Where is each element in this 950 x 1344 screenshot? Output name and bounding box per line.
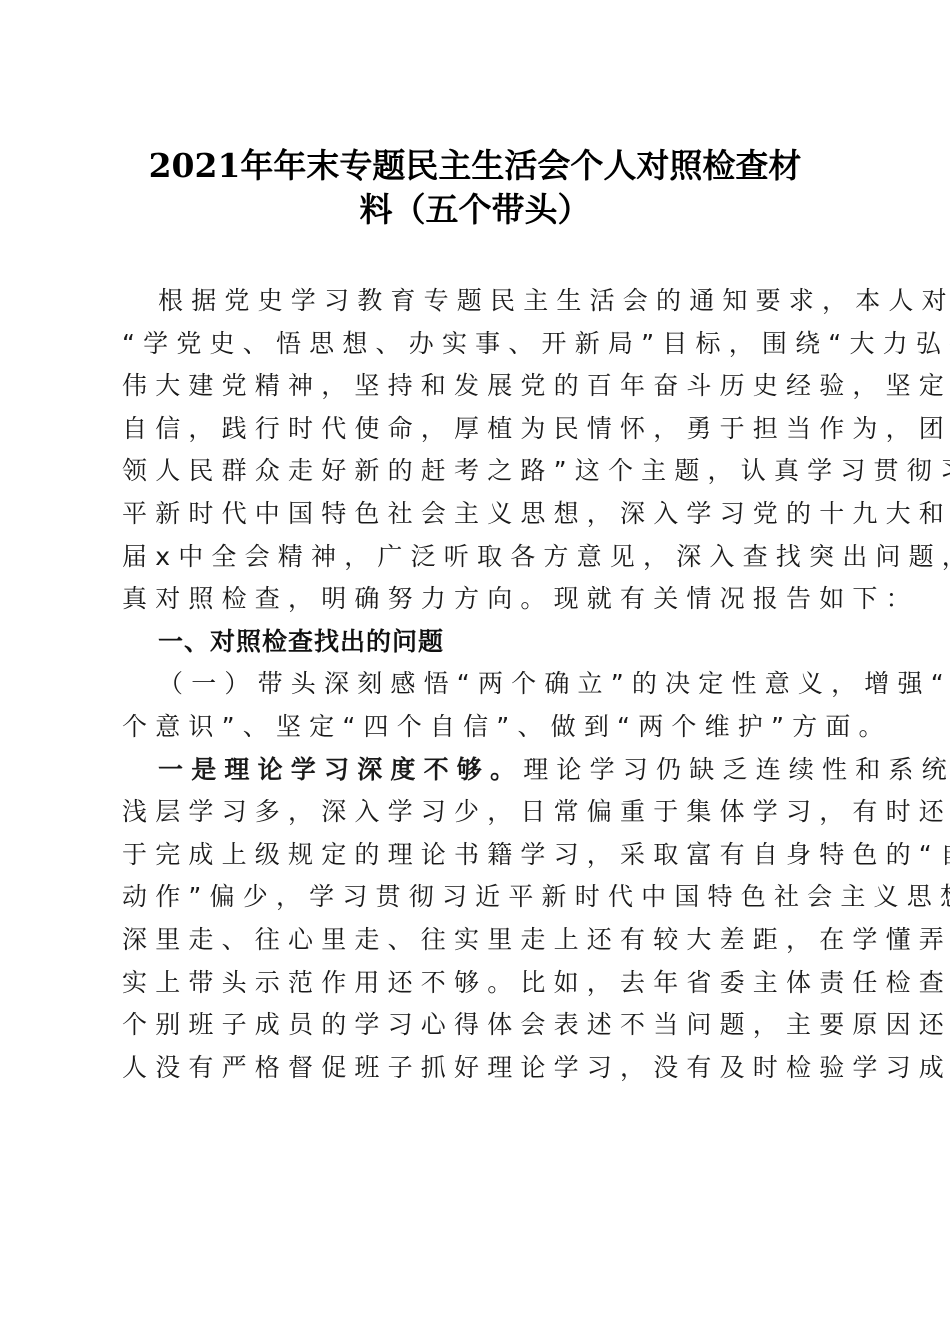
text-line: （一）带头深刻感悟“两个确立”的决定性意义，增强“四 [122, 663, 832, 706]
text-line: 浅层学习多，深入学习少，日常偏重于集体学习，有时还满足 [122, 791, 832, 834]
text-span: 理论学习仍缺乏连续性和系统性， [523, 755, 950, 784]
subsection-heading: （一）带头深刻感悟“两个确立”的决定性意义，增强“四 个意识”、坚定“四个自信”… [122, 663, 832, 748]
text-line: 自信，践行时代使命，厚植为民情怀，勇于担当作为，团结带 [122, 408, 832, 451]
intro-paragraph: 根据党史学习教育专题民主生活会的通知要求，本人对照 “学党史、悟思想、办实事、开… [122, 280, 832, 621]
text-line: 人没有严格督促班子抓好理论学习，没有及时检验学习成效。 [122, 1047, 832, 1090]
text-line: 一是理论学习深度不够。理论学习仍缺乏连续性和系统性， [122, 749, 832, 792]
text-line: 于完成上级规定的理论书籍学习，采取富有自身特色的“自选 [122, 834, 832, 877]
text-line: 平新时代中国特色社会主义思想，深入学习党的十九大和十九 [122, 493, 832, 536]
document-title-line-1: 2021年年末专题民主生活会个人对照检查材 [0, 140, 950, 187]
text-line: 实上带头示范作用还不够。比如，去年省委主体责任检查发现 [122, 962, 832, 1005]
issue-paragraph: 一是理论学习深度不够。理论学习仍缺乏连续性和系统性， 浅层学习多，深入学习少，日… [122, 749, 832, 1090]
text-line: 真对照检查，明确努力方向。现就有关情况报告如下： [122, 578, 832, 621]
text-line: 个别班子成员的学习心得体会表述不当问题，主要原因还是本 [122, 1004, 832, 1047]
section-heading-text: 一、对照检查找出的问题 [122, 621, 832, 664]
text-line: 深里走、往心里走、往实里走上还有较大差距，在学懂弄通做 [122, 919, 832, 962]
text-line: 动作”偏少，学习贯彻习近平新时代中国特色社会主义思想往 [122, 876, 832, 919]
text-line: 届x中全会精神，广泛听取各方意见，深入查找突出问题，认 [122, 536, 832, 579]
text-line: 个意识”、坚定“四个自信”、做到“两个维护”方面。 [122, 706, 832, 749]
paragraph-lead: 一是理论学习深度不够。 [158, 755, 523, 784]
section-heading: 一、对照检查找出的问题 [122, 621, 832, 664]
text-line: “学党史、悟思想、办实事、开新局”目标，围绕“大力弘扬 [122, 323, 832, 366]
text-line: 伟大建党精神，坚持和发展党的百年奋斗历史经验，坚定历史 [122, 365, 832, 408]
text-line: 领人民群众走好新的赶考之路”这个主题，认真学习贯彻习近 [122, 450, 832, 493]
document-body: 根据党史学习教育专题民主生活会的通知要求，本人对照 “学党史、悟思想、办实事、开… [122, 280, 832, 1089]
document-title-line-2: 料（五个带头） [0, 184, 950, 231]
text-line: 根据党史学习教育专题民主生活会的通知要求，本人对照 [122, 280, 832, 323]
